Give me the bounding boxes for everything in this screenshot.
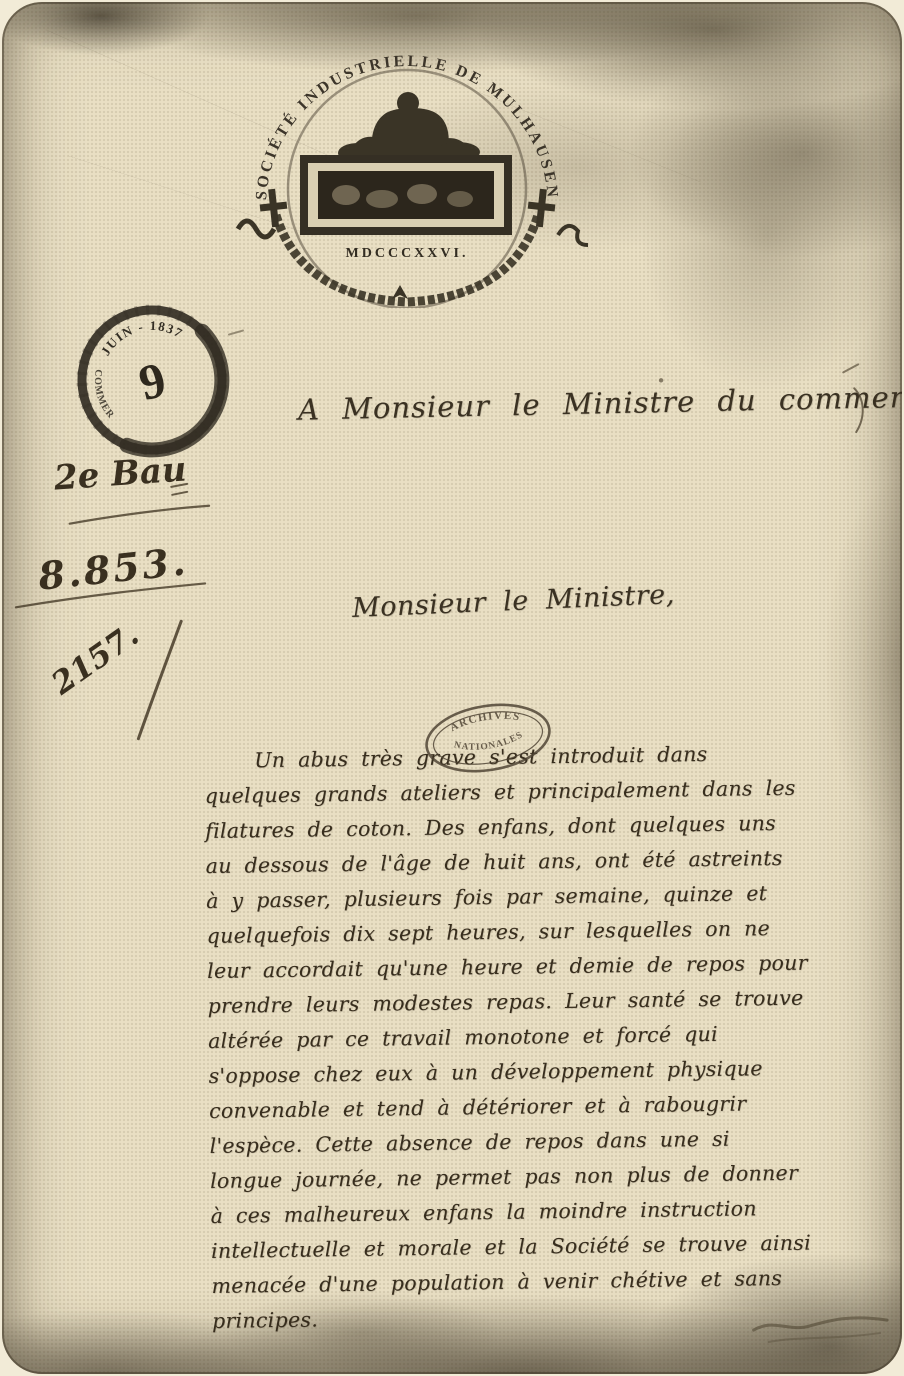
archives-stamp-line2: NATIONALES [451, 729, 526, 757]
seal-plaque [304, 159, 508, 231]
letter-body: Un abus très grave s'est introduit dans … [204, 734, 902, 1339]
svg-text:ARCHIVES: ARCHIVES [447, 705, 523, 734]
margin-slash-mark [138, 621, 181, 738]
svg-text:NATIONALES: NATIONALES [451, 729, 526, 757]
stamp-day-number: 9 [133, 351, 171, 411]
catchword-smudge [769, 1333, 881, 1342]
annotation-bureau: 2e Bau [53, 449, 188, 498]
annotation-registry-number: 8.853. [36, 538, 190, 598]
seal-seated-figure [338, 92, 480, 163]
bureau-underline [70, 506, 209, 524]
annotation-folio-number: 2157. [45, 617, 145, 702]
seal-year: MDCCCXXVI. [346, 246, 469, 261]
scanned-letter: { "page": { "seal": { "arc_text": "SOCIÉ… [0, 0, 904, 1376]
letter-page: SOCIÉTÉ INDUSTRIELLE DE MULHAUSEN MDCCCX… [2, 2, 902, 1374]
pen-tick-mark [843, 364, 858, 372]
address-heading: A Monsieur le Ministre du commerce [298, 379, 902, 426]
society-seal-emblem: SOCIÉTÉ INDUSTRIELLE DE MULHAUSEN MDCCCX… [224, 16, 590, 308]
salutation: Monsieur le Ministre, [351, 579, 675, 624]
ink-dot [659, 378, 663, 382]
archives-stamp-line1: ARCHIVES [447, 705, 523, 734]
stamp-heavy-inking [105, 329, 237, 457]
pen-tick-mark [229, 331, 243, 335]
